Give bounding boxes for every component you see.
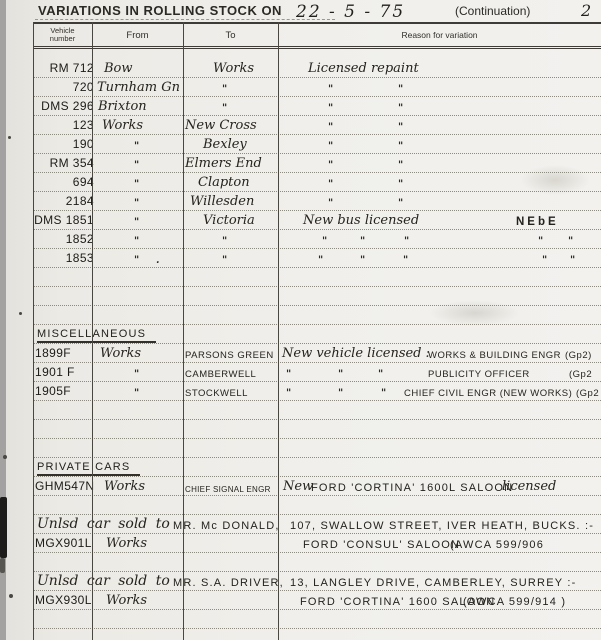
reason-cell: Licensed repaint bbox=[278, 48, 601, 77]
to-cell: Victoria bbox=[183, 210, 278, 229]
reason-cell: """"" bbox=[278, 229, 601, 248]
handwritten-text: Clapton bbox=[198, 175, 250, 190]
handwritten-text: MR. Mc DONALD, bbox=[173, 520, 280, 532]
from-cell: Works bbox=[92, 343, 183, 362]
table-row: 190"Bexley"" bbox=[33, 134, 601, 154]
scan-speck bbox=[9, 594, 13, 598]
handwritten-text: New vehicle licensed : bbox=[282, 346, 430, 361]
vehicle-number: 123 bbox=[33, 115, 99, 134]
scan-blot bbox=[0, 497, 7, 558]
reason-cell: FORD 'CONSUL' SALOON(AWCA 599/906 bbox=[278, 533, 601, 552]
ditto-mark: " bbox=[360, 255, 365, 266]
from-cell: ". bbox=[92, 248, 183, 267]
handwritten-text: Turnham Gn bbox=[97, 80, 180, 95]
ditto-mark: " bbox=[398, 103, 403, 114]
handwritten-text: CHIEF SIGNAL ENGR bbox=[185, 485, 271, 494]
empty-row bbox=[33, 419, 601, 439]
ditto-mark: " bbox=[134, 179, 139, 190]
ditto-mark: " bbox=[134, 369, 139, 380]
from-cell: Turnham Gn bbox=[92, 77, 183, 96]
handwritten-text: CHIEF CIVIL ENGR (NEW WORKS) bbox=[404, 388, 572, 399]
handwritten-text: Works bbox=[104, 479, 145, 494]
handwritten-text: PUBLICITY OFFICER bbox=[428, 369, 530, 380]
ditto-mark: " bbox=[338, 388, 343, 399]
section-heading: MISCELLANEOUS bbox=[37, 328, 156, 343]
column-rule-2 bbox=[183, 22, 184, 640]
to-cell: New Cross bbox=[183, 115, 278, 134]
handwritten-text: MR. S.A. DRIVER, bbox=[173, 577, 284, 589]
table-row: 694"Clapton"" bbox=[33, 172, 601, 192]
ditto-mark: " bbox=[222, 255, 227, 266]
reason-cell: "" bbox=[278, 77, 601, 96]
ditto-mark: " bbox=[222, 236, 227, 247]
to-cell: Bexley bbox=[183, 134, 278, 153]
to-cell: " bbox=[183, 248, 278, 267]
table-row: 1853"."""""" bbox=[33, 248, 601, 268]
vehicle-number: DMS 1851 bbox=[33, 210, 99, 229]
ditto-mark: " bbox=[403, 255, 408, 266]
continuation-label: (Continuation) bbox=[455, 4, 530, 18]
vehicle-number: 694 bbox=[33, 172, 99, 191]
handwritten-text: New Cross bbox=[185, 118, 257, 133]
handwritten-text: Bexley bbox=[203, 137, 247, 152]
ditto-mark: " bbox=[338, 369, 343, 380]
ditto-mark: " bbox=[398, 160, 403, 171]
table-row: RM 712BowWorksLicensed repaint bbox=[33, 48, 601, 78]
from-cell: " bbox=[92, 381, 183, 400]
from-cell: " bbox=[92, 153, 183, 172]
ditto-mark: " bbox=[398, 179, 403, 190]
ditto-mark: " bbox=[398, 84, 403, 95]
reason-cell: "" bbox=[278, 191, 601, 210]
table-row: MGX901LWorksFORD 'CONSUL' SALOON(AWCA 59… bbox=[33, 533, 601, 553]
reason-cell: New bus licensedNEbE bbox=[278, 210, 601, 229]
ditto-mark: " bbox=[134, 388, 139, 399]
table-row: 1905F"STOCKWELL"""CHIEF CIVIL ENGR (NEW … bbox=[33, 381, 601, 401]
table-row: MGX930LWorksFORD 'CORTINA' 1600 SALOON(A… bbox=[33, 590, 601, 610]
reason-cell: "" bbox=[278, 172, 601, 191]
table-left-border bbox=[33, 22, 34, 640]
table-row: 2184"Willesden"" bbox=[33, 191, 601, 211]
ditto-mark: " bbox=[328, 179, 333, 190]
sale-note: Unlsd car sold toMR. S.A. DRIVER,13, LAN… bbox=[37, 571, 601, 590]
ditto-mark: " bbox=[398, 198, 403, 209]
empty-row bbox=[33, 609, 601, 629]
empty-row bbox=[33, 267, 601, 287]
column-rule-1 bbox=[92, 22, 93, 640]
vehicle-number: DMS 296 bbox=[33, 96, 99, 115]
handwritten-text: FORD 'CONSUL' SALOON bbox=[303, 539, 460, 551]
ditto-mark: " bbox=[134, 217, 139, 228]
handwritten-text: Works bbox=[213, 61, 254, 76]
handwritten-text: Elmers End bbox=[185, 156, 262, 171]
ditto-mark: " bbox=[134, 160, 139, 171]
to-cell: " bbox=[183, 96, 278, 115]
table-row: 1852""""""" bbox=[33, 229, 601, 249]
reason-cell: "" bbox=[278, 134, 601, 153]
section-heading: PRIVATE CARS bbox=[37, 461, 140, 476]
reason-cell: NewFORD 'CORTINA' 1600L SALOONlicensed bbox=[278, 476, 601, 495]
vehicle-number: 190 bbox=[33, 134, 99, 153]
handwritten-text: Brixton bbox=[98, 99, 147, 114]
handwritten-text: (AWCA 599/914 ) bbox=[463, 596, 566, 608]
vehicle-number: MGX930L bbox=[33, 590, 99, 609]
handwritten-text: Works bbox=[106, 593, 147, 608]
to-cell: Willesden bbox=[183, 191, 278, 210]
from-cell: Brixton bbox=[92, 96, 183, 115]
ditto-mark: " bbox=[538, 236, 543, 247]
reason-cell: """CHIEF CIVIL ENGR (NEW WORKS)(Gp2 bbox=[278, 381, 601, 400]
vehicle-number: 720 bbox=[33, 77, 99, 96]
title-underline bbox=[35, 19, 335, 20]
vehicle-number: GHM547N bbox=[33, 476, 99, 495]
table-row: DMS 296Brixton""" bbox=[33, 96, 601, 116]
scanned-ledger-page: VARIATIONS IN ROLLING STOCK ON 22 - 5 - … bbox=[0, 0, 601, 640]
ditto-mark: " bbox=[322, 236, 327, 247]
ditto-mark: " bbox=[398, 141, 403, 152]
handwritten-text: NEbE bbox=[516, 216, 559, 228]
vehicle-number: RM 712 bbox=[33, 48, 99, 77]
handwritten-text: Unlsd car sold to bbox=[37, 516, 170, 532]
handwritten-text: Victoria bbox=[203, 213, 255, 228]
empty-row bbox=[33, 552, 601, 572]
scan-speck bbox=[3, 455, 7, 459]
handwritten-text: Works bbox=[102, 118, 143, 133]
ditto-mark: . bbox=[156, 255, 159, 266]
vehicle-number: 1901 F bbox=[33, 362, 99, 381]
handwritten-text: PARSONS GREEN bbox=[185, 350, 274, 361]
reason-cell: """PUBLICITY OFFICER(Gp2 bbox=[278, 362, 601, 381]
section-heading-row: PRIVATE CARS bbox=[33, 457, 601, 477]
reason-cell: FORD 'CORTINA' 1600 SALOON(AWCA 599/914 … bbox=[278, 590, 601, 609]
to-cell: Works bbox=[183, 48, 278, 77]
ditto-mark: " bbox=[404, 236, 409, 247]
handwritten-text: Bow bbox=[104, 61, 133, 76]
handwritten-text: CAMBERWELL bbox=[185, 369, 256, 380]
handwritten-text: Works bbox=[100, 346, 141, 361]
ditto-mark: " bbox=[570, 255, 575, 266]
scan-speck bbox=[19, 312, 22, 315]
handwritten-text: (AWCA 599/906 bbox=[450, 539, 544, 551]
handwritten-text: licensed bbox=[502, 479, 556, 494]
reason-cell: """"" bbox=[278, 248, 601, 267]
from-cell: Works bbox=[92, 533, 183, 552]
table-row: RM 354"Elmers End"" bbox=[33, 153, 601, 173]
column-header-to: To bbox=[183, 24, 278, 46]
ditto-mark: " bbox=[134, 255, 139, 266]
ditto-mark: " bbox=[328, 84, 333, 95]
handwritten-text: FORD 'CORTINA' 1600L SALOON bbox=[311, 482, 513, 494]
ditto-mark: " bbox=[222, 84, 227, 95]
handwritten-text: 13, LANGLEY DRIVE, CAMBERLEY, SURREY :- bbox=[290, 577, 576, 589]
from-cell: Works bbox=[92, 590, 183, 609]
to-cell: STOCKWELL bbox=[183, 381, 278, 400]
reason-cell: "" bbox=[278, 115, 601, 134]
reason-cell: "" bbox=[278, 96, 601, 115]
empty-row bbox=[33, 628, 601, 640]
from-cell: " bbox=[92, 362, 183, 381]
table-row: 1899FWorksPARSONS GREENNew vehicle licen… bbox=[33, 343, 601, 363]
handwritten-text: STOCKWELL bbox=[185, 388, 248, 399]
from-cell: Works bbox=[92, 476, 183, 495]
handwritten-text: Unlsd car sold to bbox=[37, 573, 170, 589]
ditto-mark: " bbox=[318, 255, 323, 266]
page-number: 2 bbox=[581, 1, 591, 20]
from-cell: " bbox=[92, 229, 183, 248]
to-cell: " bbox=[183, 77, 278, 96]
ditto-mark: " bbox=[328, 103, 333, 114]
from-cell: " bbox=[92, 172, 183, 191]
table-row: GHM547NWorksCHIEF SIGNAL ENGRNewFORD 'CO… bbox=[33, 476, 601, 496]
vehicle-number: 1905F bbox=[33, 381, 99, 400]
ditto-mark: " bbox=[222, 103, 227, 114]
column-rule-3 bbox=[278, 22, 279, 640]
to-cell: CAMBERWELL bbox=[183, 362, 278, 381]
column-header-reason: Reason for variation bbox=[278, 24, 601, 46]
ditto-mark: " bbox=[381, 388, 386, 399]
section-heading-row: MISCELLANEOUS bbox=[33, 324, 601, 344]
handwritten-text: (Gp2 bbox=[576, 388, 599, 399]
from-cell: Bow bbox=[92, 48, 183, 77]
handwritten-text: New bbox=[283, 479, 313, 494]
vehicle-number: 1852 bbox=[33, 229, 99, 248]
ditto-mark: " bbox=[398, 122, 403, 133]
ditto-mark: " bbox=[134, 141, 139, 152]
to-cell: PARSONS GREEN bbox=[183, 343, 278, 362]
handwritten-text: 107, SWALLOW STREET, IVER HEATH, BUCKS. … bbox=[290, 520, 594, 532]
empty-row bbox=[33, 305, 601, 325]
ditto-mark: " bbox=[378, 369, 383, 380]
empty-row bbox=[33, 400, 601, 420]
to-cell: CHIEF SIGNAL ENGR bbox=[183, 476, 278, 495]
note-row: Unlsd car sold toMR. Mc DONALD,107, SWAL… bbox=[33, 514, 601, 534]
ditto-mark: " bbox=[134, 236, 139, 247]
handwritten-text: (Gp2 bbox=[569, 369, 592, 380]
table-row: DMS 1851"VictoriaNew bus licensedNEbE bbox=[33, 210, 601, 230]
handwritten-text: Works bbox=[106, 536, 147, 551]
to-cell: Clapton bbox=[183, 172, 278, 191]
sale-note: Unlsd car sold toMR. Mc DONALD,107, SWAL… bbox=[37, 514, 601, 533]
from-cell: " bbox=[92, 134, 183, 153]
reason-cell: New vehicle licensed :WORKS & BUILDING E… bbox=[278, 343, 601, 362]
ditto-mark: " bbox=[542, 255, 547, 266]
ditto-mark: " bbox=[134, 198, 139, 209]
vehicle-number: MGX901L bbox=[33, 533, 99, 552]
ditto-mark: " bbox=[328, 160, 333, 171]
reason-cell: "" bbox=[278, 153, 601, 172]
empty-row bbox=[33, 286, 601, 306]
vehicle-number: 2184 bbox=[33, 191, 99, 210]
vehicle-number: 1853 bbox=[33, 248, 99, 267]
scan-speck bbox=[8, 136, 11, 139]
column-header-vehicle-line2: number bbox=[50, 34, 75, 43]
vehicle-number: RM 354 bbox=[33, 153, 99, 172]
table-row: 1901 F"CAMBERWELL"""PUBLICITY OFFICER(Gp… bbox=[33, 362, 601, 382]
note-row: Unlsd car sold toMR. S.A. DRIVER,13, LAN… bbox=[33, 571, 601, 591]
table-row: 720Turnham Gn""" bbox=[33, 77, 601, 97]
handwritten-text: New bus licensed bbox=[303, 213, 419, 228]
scan-blot bbox=[0, 558, 5, 573]
empty-row bbox=[33, 495, 601, 515]
page-title: VARIATIONS IN ROLLING STOCK ON bbox=[38, 3, 282, 18]
column-header-from: From bbox=[92, 24, 183, 46]
to-cell: " bbox=[183, 229, 278, 248]
table-row: 123WorksNew Cross"" bbox=[33, 115, 601, 135]
handwritten-text: WORKS & BUILDING ENGR bbox=[428, 350, 561, 361]
ditto-mark: " bbox=[328, 198, 333, 209]
vehicle-number: 1899F bbox=[33, 343, 99, 362]
from-cell: Works bbox=[92, 115, 183, 134]
ditto-mark: " bbox=[328, 141, 333, 152]
ditto-mark: " bbox=[286, 369, 291, 380]
ditto-mark: " bbox=[360, 236, 365, 247]
table-body: RM 712BowWorksLicensed repaint720Turnham… bbox=[33, 48, 601, 640]
handwritten-text: Licensed repaint bbox=[308, 61, 419, 76]
column-header-vehicle-number: Vehicle number bbox=[33, 24, 92, 46]
from-cell: " bbox=[92, 191, 183, 210]
from-cell: " bbox=[92, 210, 183, 229]
empty-row bbox=[33, 438, 601, 458]
to-cell: Elmers End bbox=[183, 153, 278, 172]
handwritten-text: Willesden bbox=[190, 194, 254, 209]
ditto-mark: " bbox=[328, 122, 333, 133]
ditto-mark: " bbox=[286, 388, 291, 399]
ditto-mark: " bbox=[568, 236, 573, 247]
table-header-row: Vehicle number From To Reason for variat… bbox=[33, 24, 601, 49]
handwritten-text: (Gp2) bbox=[565, 350, 592, 361]
